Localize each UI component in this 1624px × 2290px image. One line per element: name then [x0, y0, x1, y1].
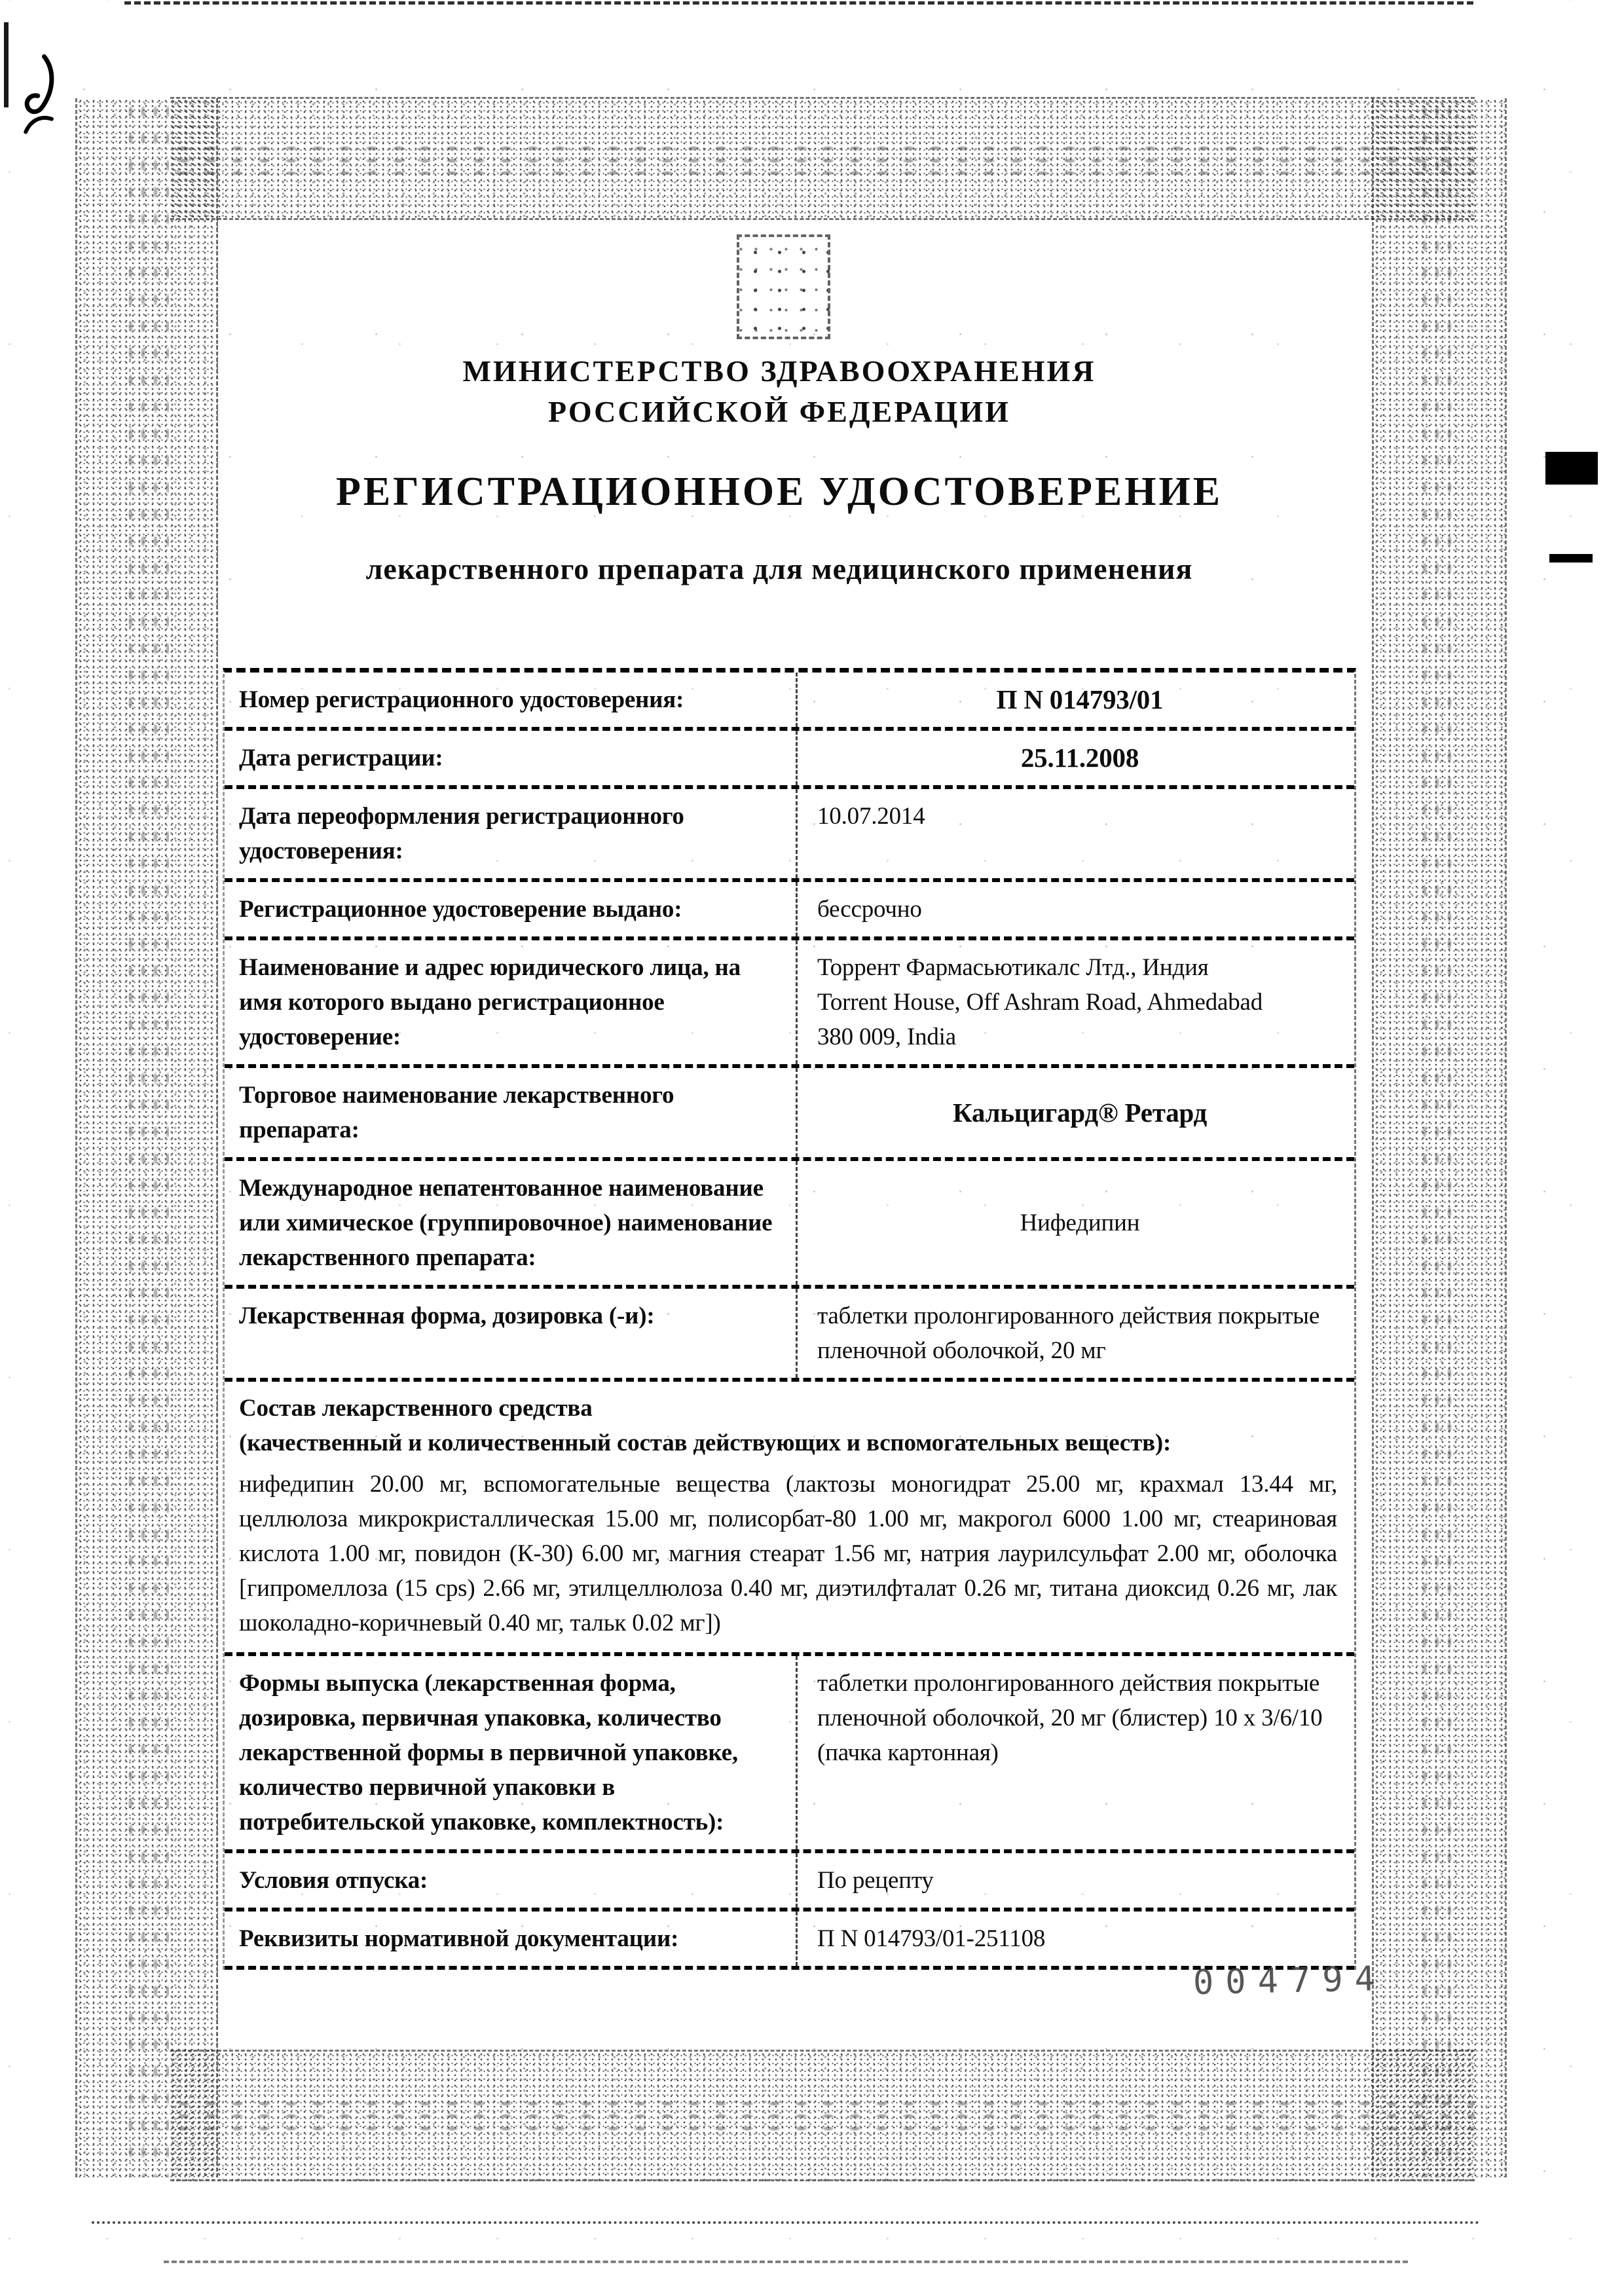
dosage-form-label: Лекарственная форма, дозировка (-и): [225, 1289, 796, 1378]
certificate-table: Номер регистрационного удостоверения: П … [223, 668, 1356, 1970]
release-forms-value: таблетки пролонгированного действия покр… [796, 1656, 1354, 1849]
right-edge-black-block-mark [1545, 452, 1598, 485]
holder-value: Торрент Фармасьютикалс Лтд., Индия Torre… [796, 940, 1354, 1064]
table-row-trade-name: Торговое наименование лекарственного пре… [225, 1068, 1354, 1161]
normative-docs-value: П N 014793/01-251108 [796, 1911, 1354, 1966]
document-title: РЕГИСТРАЦИОННОЕ УДОСТОВЕРЕНИЕ [190, 469, 1369, 515]
composition-subtitle: (качественный и количественный состав де… [239, 1426, 1337, 1460]
registration-number-value: П N 014793/01 [796, 673, 1354, 727]
reissue-date-label: Дата переоформления регистрационного удо… [225, 789, 796, 878]
table-row-release-forms: Формы выпуска (лекарственная форма, дози… [225, 1656, 1354, 1853]
composition-title: Состав лекарственного средства [239, 1391, 1337, 1426]
reissue-date-value: 10.07.2014 [796, 789, 1354, 878]
composition-body: нифедипин 20.00 мг, вспомогательные веще… [239, 1467, 1337, 1640]
scanned-certificate-page: МИНИСТЕРСТВО ЗДРАВООХРАНЕНИЯ РОССИЙСКОЙ … [0, 0, 1624, 2290]
border-band-right [1372, 98, 1507, 2177]
table-row-composition: Состав лекарственного средства (качестве… [225, 1382, 1354, 1656]
table-row-reissue-date: Дата переоформления регистрационного удо… [225, 789, 1354, 882]
validity-value: бессрочно [796, 882, 1354, 936]
dispensing-value: По рецепту [796, 1853, 1354, 1908]
handwritten-mark [7, 48, 72, 146]
document-subtitle: лекарственного препарата для медицинског… [190, 551, 1369, 586]
holder-label: Наименование и адрес юридического лица, … [225, 940, 796, 1064]
coat-of-arms-emblem [737, 234, 830, 339]
top-edge-dashed-line [124, 1, 1473, 5]
table-row-normative-docs: Реквизиты нормативной документации: П N … [225, 1911, 1354, 1970]
registration-date-label: Дата регистрации: [225, 731, 796, 785]
registration-number-label: Номер регистрационного удостоверения: [225, 673, 796, 727]
trade-name-value: Кальцигард® Ретард [796, 1068, 1354, 1157]
stamp-number: 004794 [1192, 1959, 1387, 2003]
release-forms-label: Формы выпуска (лекарственная форма, дози… [225, 1656, 796, 1849]
registration-date-value: 25.11.2008 [796, 731, 1354, 785]
dosage-form-value: таблетки пролонгированного действия покр… [796, 1289, 1354, 1378]
right-edge-black-dash-mark [1549, 554, 1593, 563]
table-row-validity: Регистрационное удостоверение выдано: бе… [225, 882, 1354, 940]
table-row-inn: Международное непатентованное наименован… [225, 1161, 1354, 1289]
trade-name-label: Торговое наименование лекарственного пре… [225, 1068, 796, 1157]
table-row-holder: Наименование и адрес юридического лица, … [225, 940, 1354, 1068]
bottom-dashed-line [164, 2261, 1408, 2263]
ministry-name-line2: РОССИЙСКОЙ ФЕДЕРАЦИИ [190, 394, 1369, 429]
table-row-dispensing: Условия отпуска: По рецепту [225, 1853, 1354, 1911]
normative-docs-label: Реквизиты нормативной документации: [225, 1911, 796, 1966]
inn-value: Нифедипин [796, 1161, 1354, 1285]
table-row-registration-date: Дата регистрации: 25.11.2008 [225, 731, 1354, 789]
table-row-dosage-form: Лекарственная форма, дозировка (-и): таб… [225, 1289, 1354, 1382]
inn-label: Международное непатентованное наименован… [225, 1161, 796, 1285]
border-band-bottom [170, 2050, 1475, 2181]
table-row-registration-number: Номер регистрационного удостоверения: П … [225, 673, 1354, 731]
bottom-dotted-line [92, 2221, 1480, 2224]
validity-label: Регистрационное удостоверение выдано: [225, 882, 796, 936]
ministry-name-line1: МИНИСТЕРСТВО ЗДРАВООХРАНЕНИЯ [190, 354, 1369, 388]
dispensing-label: Условия отпуска: [225, 1853, 796, 1908]
border-band-top [170, 97, 1475, 220]
